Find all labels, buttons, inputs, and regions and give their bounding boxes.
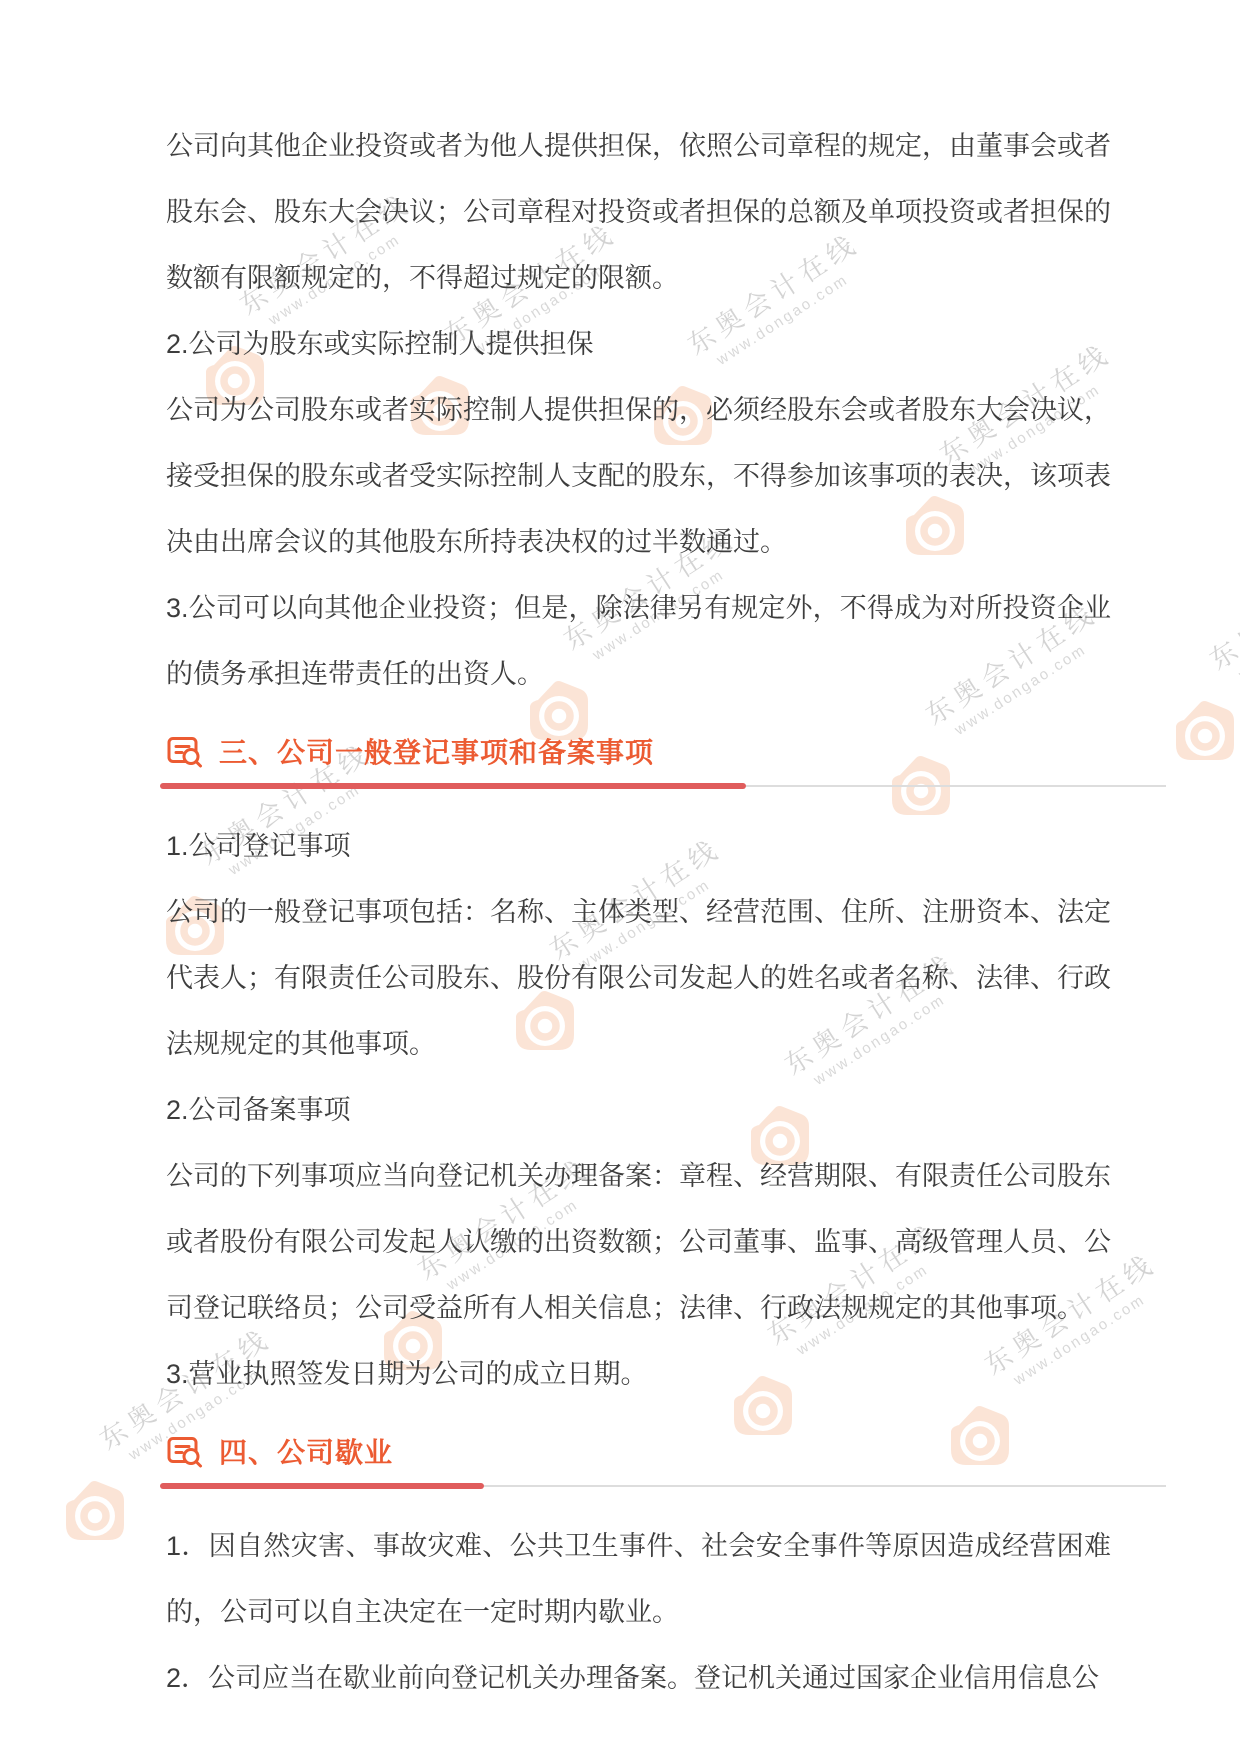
document-page: 东奥会计在线www.dongao.com东奥会计在线www.dongao.com… — [0, 0, 1240, 1753]
body-paragraph: 公司的下列事项应当向登记机关办理备案：章程、经营期限、有限责任公司股东或者股份有… — [166, 1143, 1111, 1341]
heading-underline — [166, 783, 1166, 789]
section-heading-4: 四、公司歇业 — [166, 1431, 1111, 1475]
body-paragraph: 3.公司可以向其他企业投资；但是，除法律另有规定外，不得成为对所投资企业的债务承… — [166, 575, 1111, 707]
document-search-icon — [166, 1435, 206, 1472]
section-heading-text: 四、公司歇业 — [219, 1420, 393, 1486]
document-content: 公司向其他企业投资或者为他人提供担保，依照公司章程的规定，由董事会或者股东会、股… — [0, 0, 1240, 1711]
body-paragraph: 2.公司为股东或实际控制人提供担保 — [166, 311, 1111, 377]
underline-rest — [746, 785, 1166, 787]
body-paragraph: 1．因自然灾害、事故灾难、公共卫生事件、社会安全事件等原因造成经营困难的，公司可… — [166, 1513, 1111, 1645]
body-paragraph: 2.公司备案事项 — [166, 1077, 1111, 1143]
body-paragraph: 公司的一般登记事项包括：名称、主体类型、经营范围、住所、注册资本、法定代表人；有… — [166, 879, 1111, 1077]
body-paragraph: 1.公司登记事项 — [166, 813, 1111, 879]
body-paragraph: 3.营业执照签发日期为公司的成立日期。 — [166, 1341, 1111, 1407]
heading-underline — [166, 1483, 1166, 1489]
section-heading-text: 三、公司一般登记事项和备案事项 — [219, 720, 654, 786]
document-search-icon — [166, 735, 206, 772]
body-paragraph: 2．公司应当在歇业前向登记机关办理备案。登记机关通过国家企业信用信息公 — [166, 1645, 1111, 1711]
body-paragraph: 公司为公司股东或者实际控制人提供担保的，必须经股东会或者股东大会决议，接受担保的… — [166, 377, 1111, 575]
underline-accent — [160, 1483, 484, 1489]
underline-accent — [160, 783, 746, 789]
body-paragraph: 公司向其他企业投资或者为他人提供担保，依照公司章程的规定，由董事会或者股东会、股… — [166, 113, 1111, 311]
underline-rest — [484, 1485, 1166, 1487]
section-heading-3: 三、公司一般登记事项和备案事项 — [166, 731, 1111, 775]
